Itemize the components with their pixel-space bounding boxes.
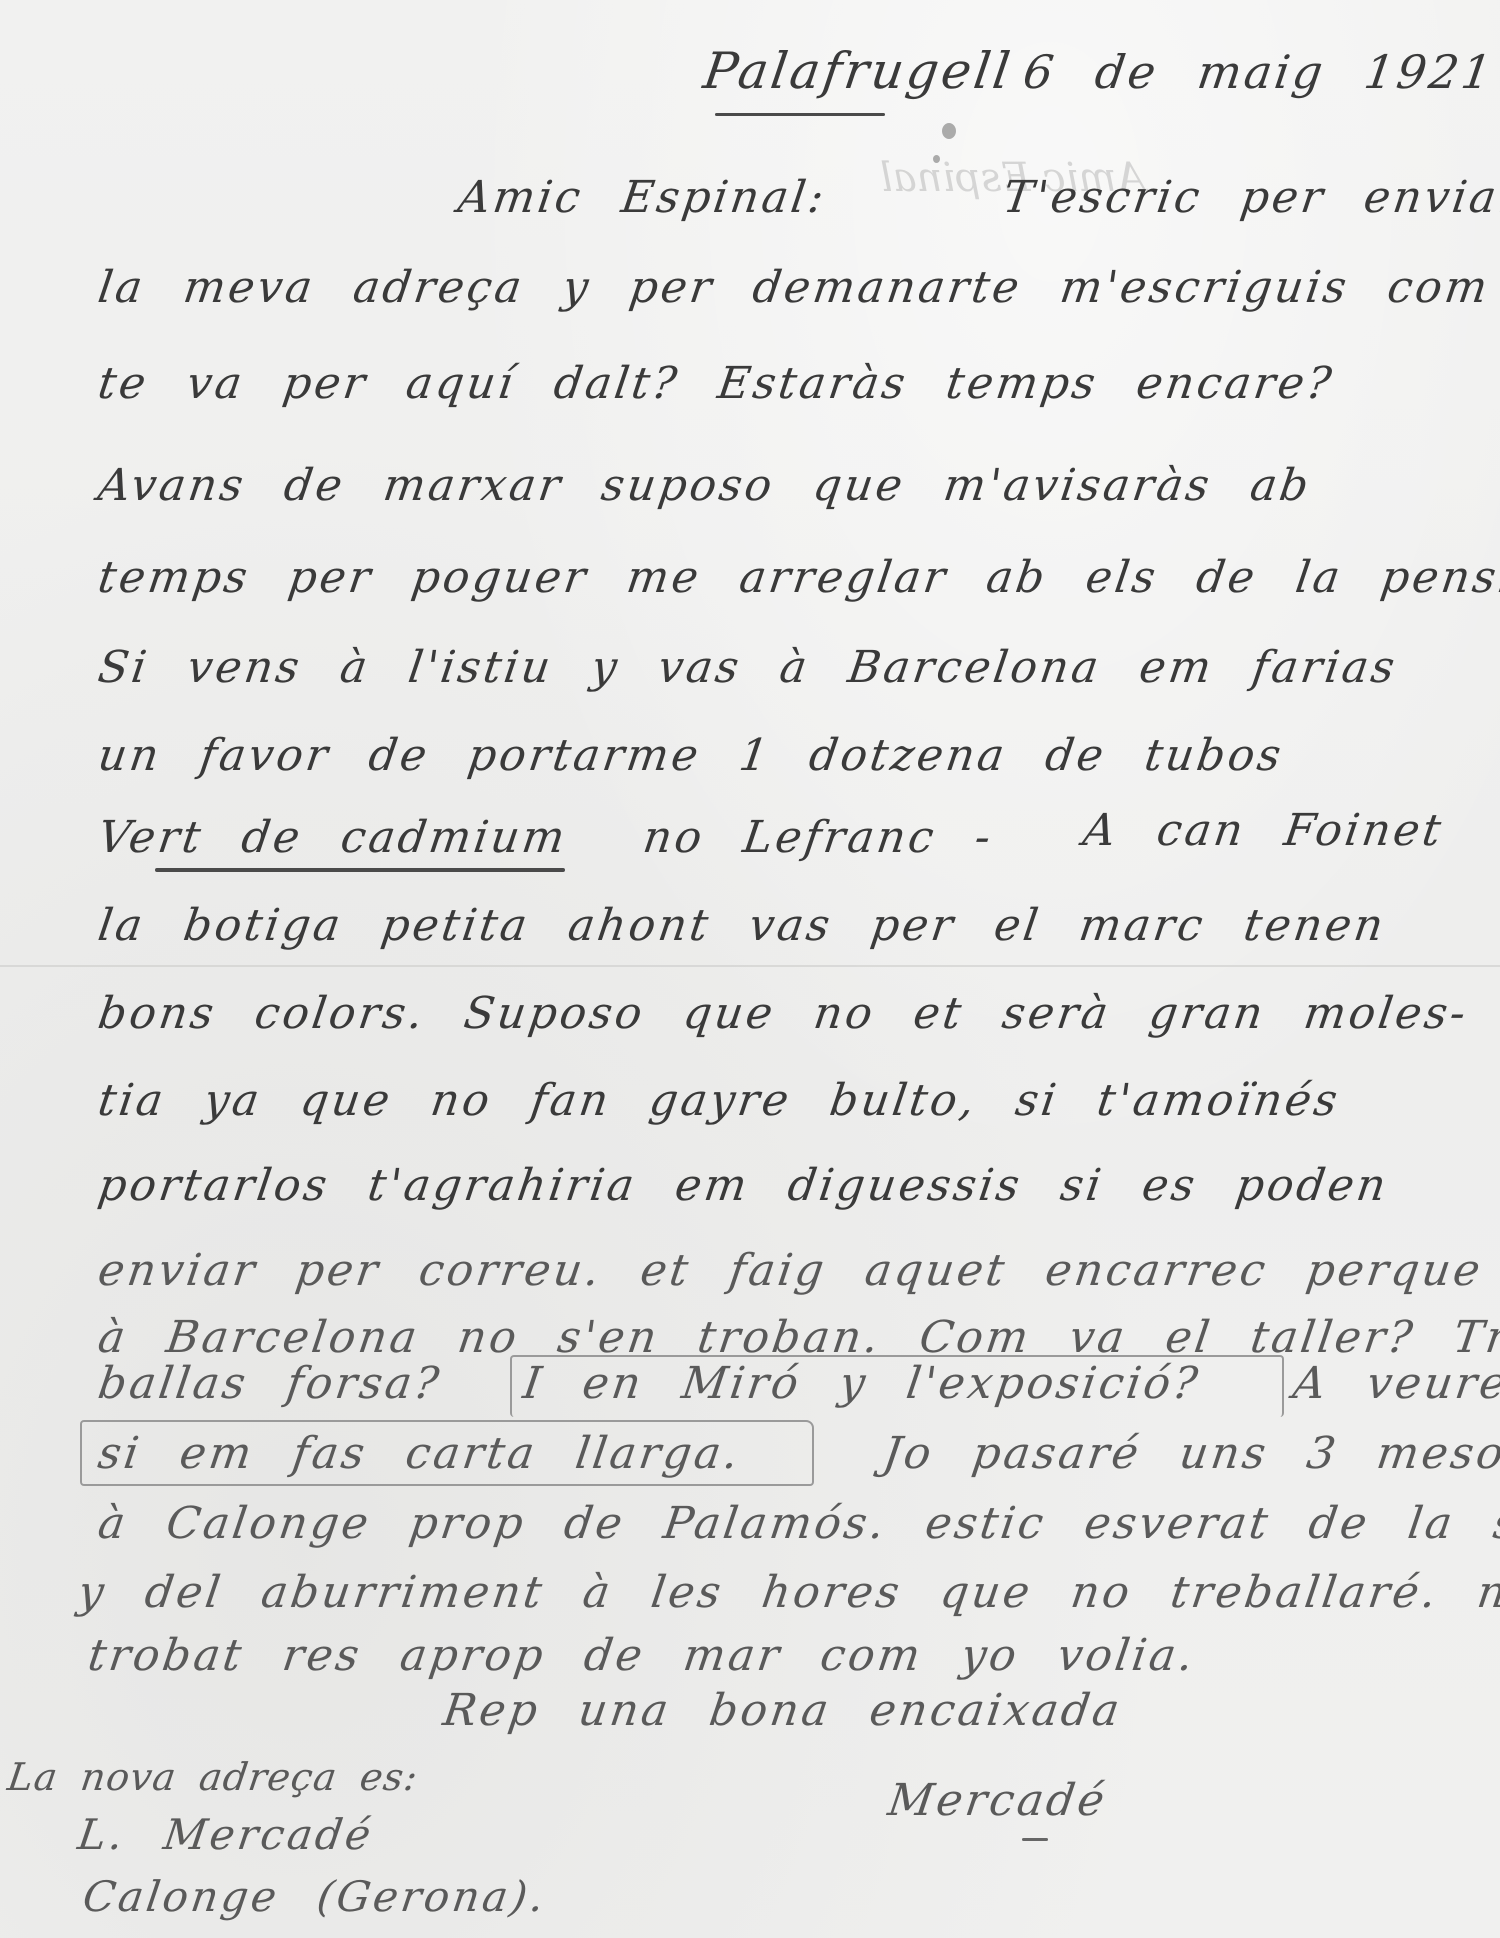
letter-line-3: Avans de marxar suposo que m'avisaràs ab — [95, 460, 1315, 511]
letter-line-21: à Calonge prop de Palamós. estic esverat… — [95, 1498, 1500, 1549]
letter-line-10: la botiga petita ahont vas per el marc t… — [95, 900, 1389, 951]
letter-line-12: tia ya que no fan gayre bulto, si t'amoï… — [95, 1075, 1343, 1126]
letter-date: 6 de maig 1921 — [1020, 45, 1498, 99]
letter-greeting: Amic Espinal: — [455, 172, 830, 223]
letter-line-18: A veure — [1290, 1358, 1500, 1409]
address-label: La nova adreça es: — [5, 1755, 421, 1799]
letter-line-1: la meva adreça y per demanarte m'escrigu… — [95, 262, 1493, 313]
ink-blot — [942, 123, 956, 139]
letter-line-20: Jo pasaré uns 3 mesos — [880, 1428, 1500, 1479]
letter-line-17: I en Miró y l'exposició? — [520, 1358, 1204, 1409]
letter-line-4: temps per poguer me arreglar ab els de l… — [95, 552, 1500, 603]
letter-line-5: Si vens à l'istiu y vas à Barcelona em f… — [95, 642, 1401, 693]
address-town: Calonge (Gerona). — [80, 1872, 550, 1921]
letter-line-0: T'escric per enviarte — [1000, 172, 1500, 223]
letter-line-14: enviar per correu. et faig aquet encarre… — [95, 1245, 1486, 1296]
letter-signature: Mercadé — [885, 1775, 1110, 1826]
letter-line-7: Vert de cadmium — [95, 812, 571, 863]
cadmium-underline — [155, 868, 565, 872]
letter-place: Palafrugell — [700, 42, 1016, 100]
letter-line-13: portarlos t'agrahiria em diguessis si es… — [95, 1160, 1392, 1211]
address-name: L. Mercadé — [75, 1810, 377, 1859]
letter-line-8: no Lefranc - — [640, 812, 997, 863]
paper-fold-line — [0, 965, 1500, 967]
letter-line-22: y del aburriment à les hores que no treb… — [75, 1567, 1500, 1618]
letter-paper: Amic Espinal Palafrugell 6 de maig 1921 … — [0, 0, 1500, 1938]
letter-line-16: ballas forsa? — [95, 1358, 445, 1409]
letter-line-19: si em fas carta llarga. — [95, 1428, 744, 1479]
letter-closing: Rep una bona encaixada — [440, 1685, 1125, 1736]
place-underline — [715, 113, 885, 116]
letter-line-2: te va per aquí dalt? Estaràs temps encar… — [95, 358, 1337, 409]
letter-line-9: A can Foinet — [1080, 805, 1447, 856]
letter-line-6: un favor de portarme 1 dotzena de tubos — [95, 730, 1287, 781]
letter-line-11: bons colors. Suposo que no et serà gran … — [95, 988, 1472, 1039]
letter-line-23: trobat res aprop de mar com yo volia. — [85, 1630, 1199, 1681]
signature-underline — [1022, 1838, 1048, 1841]
